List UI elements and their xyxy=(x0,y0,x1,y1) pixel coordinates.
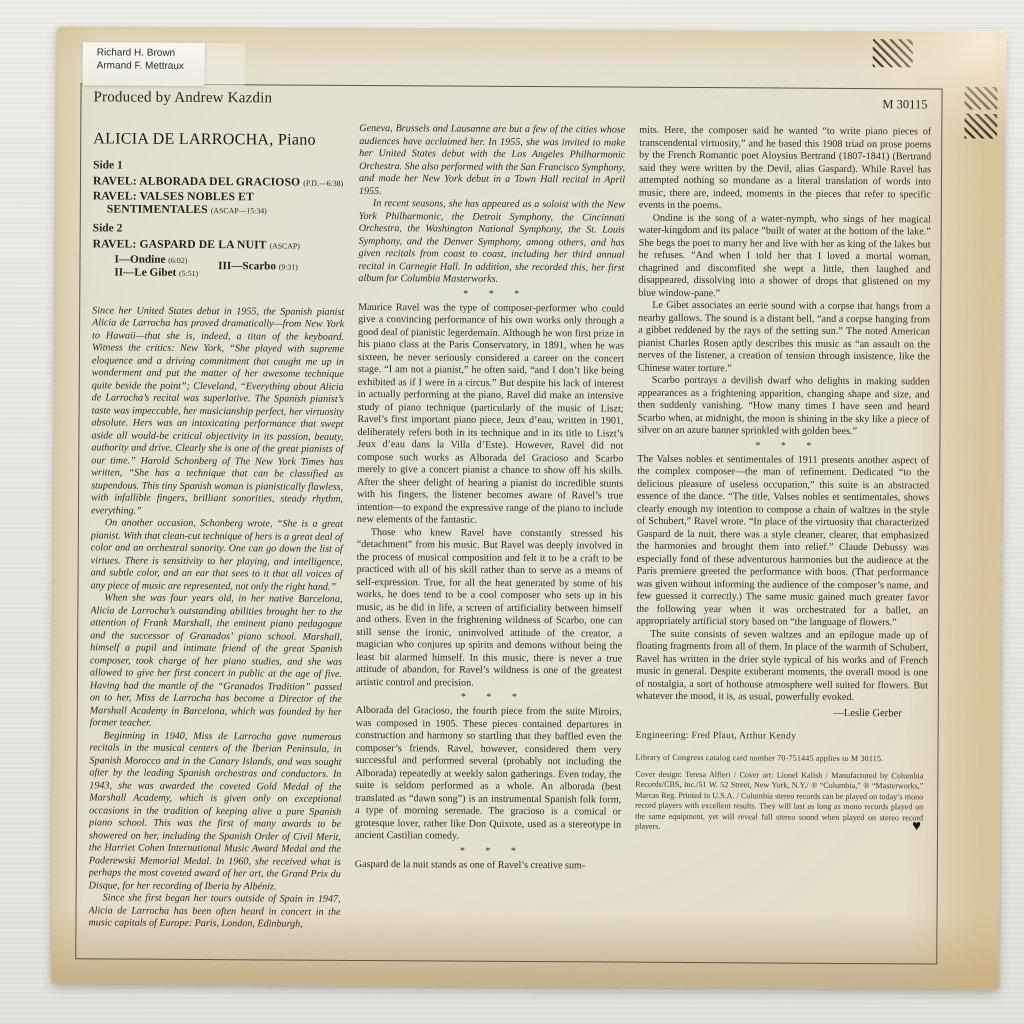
track-time: (ASCAP—15:34) xyxy=(211,206,267,215)
movement-title: II—Le Gibet xyxy=(114,266,176,278)
right-column: mits. Here, the composer said he wanted … xyxy=(634,125,931,967)
notes-paragraph: Le Gibet associates an eerie sound with … xyxy=(638,300,930,377)
side1-label: Side 1 xyxy=(93,159,345,173)
side2-movements: I—Ondine (6:02) II—Le Gibet (5:51) III—S… xyxy=(92,253,344,281)
bio-paragraph: When she was four years old, in her nati… xyxy=(90,593,343,732)
album-back-cover: Produced by Andrew Kazdin M 30115 ALICIA… xyxy=(51,27,1005,990)
bio-paragraph: In recent seasons, she has appeared as a… xyxy=(358,198,625,287)
biography-text: Since her United States debut in 1955, t… xyxy=(88,305,344,932)
section-separator: * * * xyxy=(358,286,624,301)
owner-stamp-sticker: Richard H. Brown Armand F. Mettraux xyxy=(83,42,205,86)
movement-title: I—Ondine xyxy=(114,253,165,265)
engineering-credit: Engineering: Fred Plaut, Arthur Kendy xyxy=(636,730,928,744)
fine-print-text: Cover design: Teresa Alfieri / Cover art… xyxy=(635,770,927,834)
bio-paragraph: Geneva, Brussels and Lausanne are but a … xyxy=(359,123,625,200)
movement-time: (9:31) xyxy=(279,263,298,272)
track-title: SENTIMENTALES xyxy=(107,203,208,217)
fine-print-block: Cover design: Teresa Alfieri / Cover art… xyxy=(635,770,927,834)
movement-time: (6:02) xyxy=(168,256,187,265)
bio-paragraph: Since she first began her tours outside … xyxy=(88,893,340,932)
track-time: (ASCAP) xyxy=(269,242,299,251)
track-title: RAVEL: ALBORADA DEL GRACIOSO xyxy=(93,174,300,188)
background-wall: Produced by Andrew Kazdin M 30115 ALICIA… xyxy=(0,0,1024,1024)
movement-time: (5:51) xyxy=(179,269,198,278)
movement-line: III—Scarbo (9:31) xyxy=(218,260,298,273)
notes-paragraph: The suite consists of seven waltzes and … xyxy=(636,628,928,705)
middle-column: Geneva, Brussels and Lausanne are but a … xyxy=(354,123,625,965)
notes-paragraph: Maurice Ravel was the type of composer-p… xyxy=(357,301,624,528)
notes-paragraph: mits. Here, the composer said he wanted … xyxy=(639,125,932,214)
frame-header: Produced by Andrew Kazdin M 30115 xyxy=(93,84,931,126)
notes-paragraph: Those who knew Ravel have constantly str… xyxy=(356,526,623,690)
notes-paragraph: The Valses nobles et sentimentales of 19… xyxy=(636,453,929,630)
bio-paragraph: Since her United States debut in 1955, t… xyxy=(91,305,344,519)
movement-group: I—Ondine (6:02) II—Le Gibet (5:51) xyxy=(114,253,198,280)
notes-paragraph: Scarbo portrays a devilish dwarf who del… xyxy=(637,375,929,439)
track-line: RAVEL: ALBORADA DEL GRACIOSO (P.D.—6:38) xyxy=(93,174,345,190)
author-byline: —Leslie Gerber xyxy=(636,706,928,720)
catalog-number: M 30115 xyxy=(882,94,931,112)
bio-paragraph: Beginning in 1940, Miss de Larrocha gave… xyxy=(89,730,342,894)
movement-line: II—Le Gibet (5:51) xyxy=(114,266,198,280)
section-separator: * * * xyxy=(355,843,621,858)
notes-paragraph: Gaspard de la nuit stands as one of Rave… xyxy=(355,858,621,872)
section-separator: * * * xyxy=(637,438,929,453)
side2-label: Side 2 xyxy=(93,222,345,236)
notes-paragraph: Alborada del Gracioso, the fourth piece … xyxy=(355,705,622,844)
owner-name-line: Richard H. Brown xyxy=(97,47,205,60)
track-line: SENTIMENTALES (ASCAP—15:34) xyxy=(93,203,345,219)
heart-icon: ♥ xyxy=(912,820,921,835)
owner-name-line: Armand F. Mettraux xyxy=(97,60,205,73)
liner-notes-columns: ALICIA DE LARROCHA, Piano Side 1 RAVEL: … xyxy=(88,121,931,966)
bio-paragraph: On another occasion, Schonberg wrote, “S… xyxy=(90,518,342,595)
track-time: (P.D.—6:38) xyxy=(303,179,343,188)
left-column: ALICIA DE LARROCHA, Piano Side 1 RAVEL: … xyxy=(88,121,345,963)
album-title: ALICIA DE LARROCHA, Piano xyxy=(93,133,345,147)
notes-paragraph: Ondine is the song of a water-nymph, who… xyxy=(638,212,931,301)
movement-line: I—Ondine (6:02) xyxy=(114,253,198,267)
track-title: RAVEL: GASPARD DE LA NUIT xyxy=(93,238,267,252)
track-line: RAVEL: GASPARD DE LA NUIT (ASCAP) xyxy=(93,238,345,254)
section-separator: * * * xyxy=(356,690,622,705)
library-of-congress-line: Library of Congress catalog card number … xyxy=(635,751,927,765)
track-title: RAVEL: VALSES NOBLES ET xyxy=(93,189,254,203)
produced-by-credit: Produced by Andrew Kazdin xyxy=(93,89,272,107)
liner-notes-frame: Produced by Andrew Kazdin M 30115 ALICIA… xyxy=(75,83,942,964)
movement-title: III—Scarbo xyxy=(218,260,276,272)
